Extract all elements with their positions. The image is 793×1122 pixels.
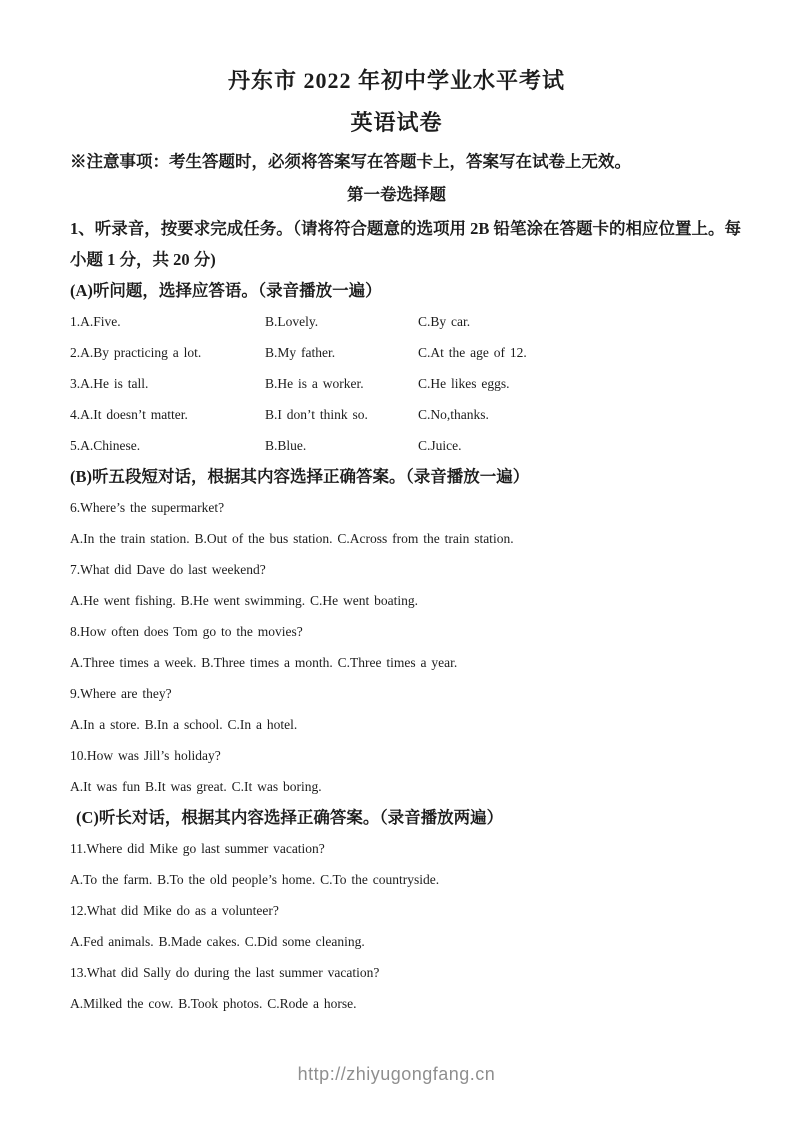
q1-option-a: 1.A.Five. bbox=[70, 306, 265, 337]
section-a-heading: (A)听问题，选择应答语。（录音播放一遍） bbox=[70, 275, 723, 306]
q2-option-b: B.My father. bbox=[265, 337, 418, 368]
question-9-options: A.In a store. B.In a school. C.In a hote… bbox=[70, 709, 723, 740]
q5-option-c: C.Juice. bbox=[418, 430, 723, 461]
q5-option-b: B.Blue. bbox=[265, 430, 418, 461]
exam-body: 1、听录音，按要求完成任务。（请将符合题意的选项用 2B 铅笔涂在答题卡的相应位… bbox=[70, 213, 723, 1019]
question-6: 6.Where’s the supermarket? bbox=[70, 492, 723, 523]
question-7-options: A.He went fishing. B.He went swimming. C… bbox=[70, 585, 723, 616]
question-13: 13.What did Sally do during the last sum… bbox=[70, 957, 723, 988]
question-7: 7.What did Dave do last weekend? bbox=[70, 554, 723, 585]
q3-option-a: 3.A.He is tall. bbox=[70, 368, 265, 399]
q3-option-b: B.He is a worker. bbox=[265, 368, 418, 399]
q4-option-a: 4.A.It doesn’t matter. bbox=[70, 399, 265, 430]
instructions-line-1: 1、听录音，按要求完成任务。（请将符合题意的选项用 2B 铅笔涂在答题卡的相应位… bbox=[70, 213, 723, 244]
q1-option-b: B.Lovely. bbox=[265, 306, 418, 337]
answer-row-1: 1.A.Five. B.Lovely. C.By car. bbox=[70, 306, 723, 337]
question-10-options: A.It was fun B.It was great. C.It was bo… bbox=[70, 771, 723, 802]
footer-url: http://zhiyugongfang.cn bbox=[0, 1064, 793, 1085]
question-6-options: A.In the train station. B.Out of the bus… bbox=[70, 523, 723, 554]
notice-text: ※注意事项：考生答题时，必须将答案写在答题卡上，答案写在试卷上无效。 bbox=[70, 149, 723, 175]
part1-heading: 第一卷选择题 bbox=[0, 182, 793, 208]
question-11-options: A.To the farm. B.To the old people’s hom… bbox=[70, 864, 723, 895]
exam-page: 丹东市 2022 年初中学业水平考试 英语试卷 ※注意事项：考生答题时，必须将答… bbox=[0, 0, 793, 1122]
question-12-options: A.Fed animals. B.Made cakes. C.Did some … bbox=[70, 926, 723, 957]
q2-option-a: 2.A.By practicing a lot. bbox=[70, 337, 265, 368]
answer-row-3: 3.A.He is tall. B.He is a worker. C.He l… bbox=[70, 368, 723, 399]
section-c-heading: (C)听长对话，根据其内容选择正确答案。（录音播放两遍） bbox=[70, 802, 723, 833]
q2-option-c: C.At the age of 12. bbox=[418, 337, 723, 368]
q4-option-c: C.No,thanks. bbox=[418, 399, 723, 430]
question-11: 11.Where did Mike go last summer vacatio… bbox=[70, 833, 723, 864]
page-title: 丹东市 2022 年初中学业水平考试 bbox=[0, 66, 793, 96]
answer-row-5: 5.A.Chinese. B.Blue. C.Juice. bbox=[70, 430, 723, 461]
question-10: 10.How was Jill’s holiday? bbox=[70, 740, 723, 771]
section-b-heading: (B)听五段短对话，根据其内容选择正确答案。（录音播放一遍） bbox=[70, 461, 723, 492]
page-subtitle: 英语试卷 bbox=[0, 108, 793, 138]
question-8: 8.How often does Tom go to the movies? bbox=[70, 616, 723, 647]
q3-option-c: C.He likes eggs. bbox=[418, 368, 723, 399]
q5-option-a: 5.A.Chinese. bbox=[70, 430, 265, 461]
answer-row-2: 2.A.By practicing a lot. B.My father. C.… bbox=[70, 337, 723, 368]
question-9: 9.Where are they? bbox=[70, 678, 723, 709]
question-13-options: A.Milked the cow. B.Took photos. C.Rode … bbox=[70, 988, 723, 1019]
question-8-options: A.Three times a week. B.Three times a mo… bbox=[70, 647, 723, 678]
q4-option-b: B.I don’t think so. bbox=[265, 399, 418, 430]
q1-option-c: C.By car. bbox=[418, 306, 723, 337]
question-12: 12.What did Mike do as a volunteer? bbox=[70, 895, 723, 926]
instructions-line-2: 小题 1 分，共 20 分) bbox=[70, 244, 723, 275]
answer-row-4: 4.A.It doesn’t matter. B.I don’t think s… bbox=[70, 399, 723, 430]
